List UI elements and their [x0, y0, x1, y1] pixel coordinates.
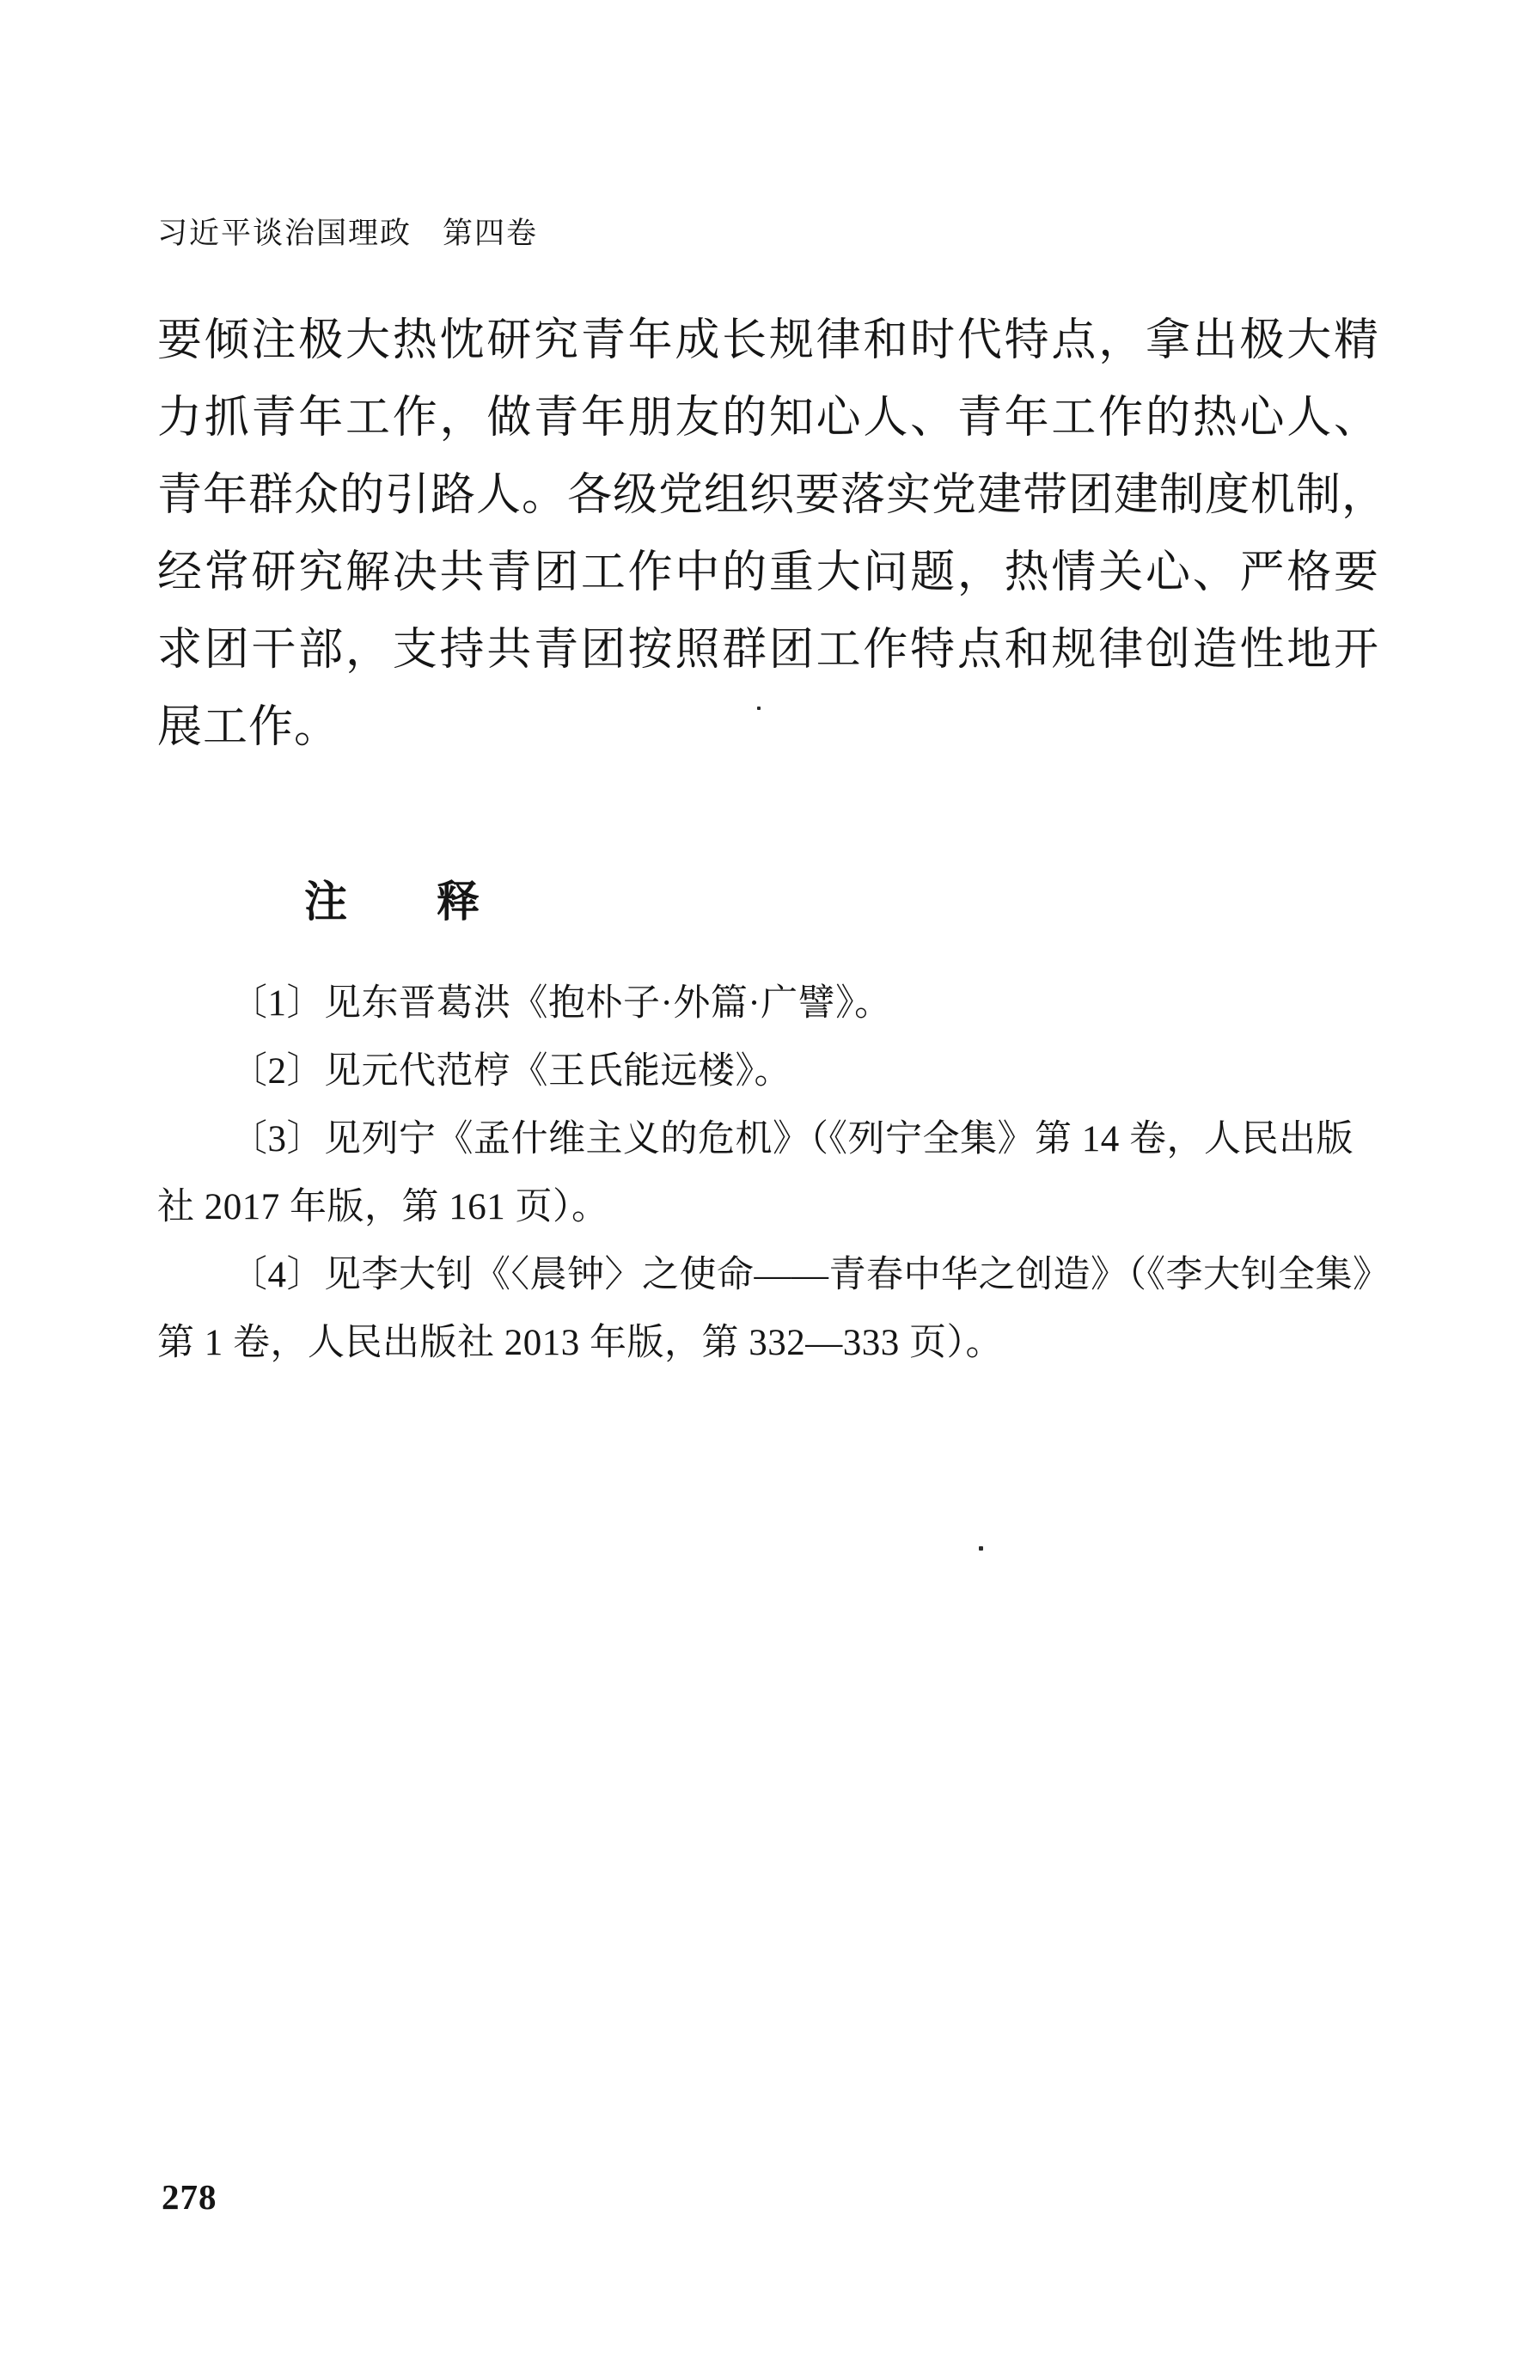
body-line: 经常研究解决共青团工作中的重大问题，热情关心、严格要 — [157, 535, 1379, 612]
note-2: 〔2〕见元代范梈《王氏能远楼》。 — [157, 1037, 1381, 1105]
note-3-line-2: 社 2017 年版，第 161 页）。 — [157, 1173, 1381, 1241]
body-line: 展工作。 — [157, 689, 1379, 767]
note-4-line-1: 〔4〕见李大钊《〈晨钟〉之使命——青春中华之创造》（《李大钊全集》 — [157, 1241, 1381, 1309]
running-header: 习近平谈治国理政 第四卷 — [157, 210, 538, 253]
body-line: 青年群众的引路人。各级党组织要落实党建带团建制度机制， — [157, 457, 1379, 535]
body-line: 求团干部，支持共青团按照群团工作特点和规律创造性地开 — [157, 612, 1379, 689]
notes-heading-char: 释 — [437, 877, 480, 927]
notes-heading-char: 注 — [304, 877, 347, 927]
running-header-book-title: 习近平谈治国理政 — [157, 210, 412, 253]
page-number: 278 — [162, 2176, 217, 2218]
notes-section: 〔1〕见东晋葛洪《抱朴子·外篇·广譬》。 〔2〕见元代范梈《王氏能远楼》。 〔3… — [157, 970, 1381, 1377]
note-3-line-1: 〔3〕见列宁《孟什维主义的危机》（《列宁全集》第 14 卷，人民出版 — [157, 1105, 1381, 1173]
note-1: 〔1〕见东晋葛洪《抱朴子·外篇·广譬》。 — [157, 970, 1381, 1037]
body-line: 要倾注极大热忱研究青年成长规律和时代特点，拿出极大精 — [157, 303, 1379, 380]
body-line: 力抓青年工作，做青年朋友的知心人、青年工作的热心人、 — [157, 380, 1379, 457]
book-page: 习近平谈治国理政 第四卷 要倾注极大热忱研究青年成长规律和时代特点，拿出极大精 … — [0, 0, 1540, 2380]
notes-heading: 注 释 — [304, 877, 480, 927]
running-header-volume: 第四卷 — [443, 210, 538, 253]
scan-speck — [979, 1546, 983, 1551]
body-paragraph: 要倾注极大热忱研究青年成长规律和时代特点，拿出极大精 力抓青年工作，做青年朋友的… — [157, 303, 1379, 767]
note-4-line-2: 第 1 卷，人民出版社 2013 年版，第 332—333 页）。 — [157, 1309, 1381, 1377]
scan-speck — [757, 707, 761, 710]
